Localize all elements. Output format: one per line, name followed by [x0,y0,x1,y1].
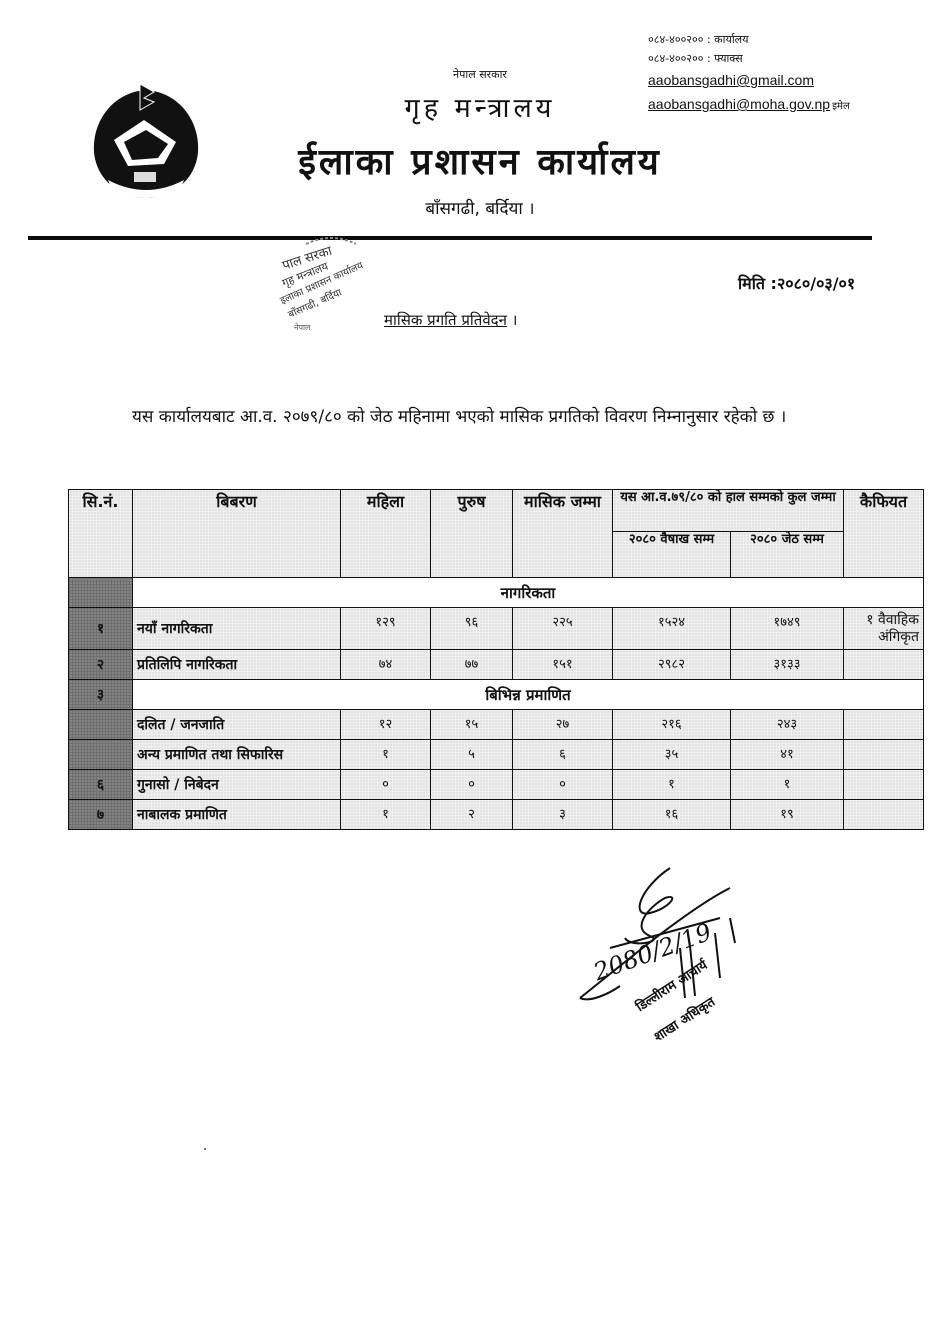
table-row: १नयाँ नागरिकता१२९९६२२५१५२४१७४९१ वैवाहिक … [69,608,924,650]
header-till-jestha: २०८० जेठ सम्म [731,532,844,578]
cell-till-baishakh: २९८२ [613,650,731,680]
cell-till-jestha: ४१ [731,740,844,770]
cell-till-baishakh: ३५ [613,740,731,770]
table-row: अन्य प्रमाणित तथा सिफारिस१५६३५४१ [69,740,924,770]
section-row: ३बिभिन्न प्रमाणित [69,680,924,710]
cell-till-baishakh: १६ [613,800,731,830]
cell-female: ७४ [341,650,431,680]
email-line-2: aaobansgadhi@moha.gov.npइमेल [648,92,918,116]
cell-remarks: १ वैवाहिक अंगिकृत [844,608,924,650]
row-serial [69,740,133,770]
letter-subject: मासिक प्रगति प्रतिवेदन । [384,310,517,330]
table-body: नागरिकता१नयाँ नागरिकता१२९९६२२५१५२४१७४९१ … [69,578,924,830]
section-serial [69,578,133,608]
row-description: दलित / जनजाति [133,710,341,740]
table-row: ७नाबालक प्रमाणित१२३१६१९ [69,800,924,830]
email-line-1: aaobansgadhi@gmail.com [648,68,918,92]
cell-monthly-total: ६ [513,740,613,770]
header-female: महिला [341,490,431,578]
subject-suffix: । [507,311,517,329]
section-row: नागरिकता [69,578,924,608]
section-serial: ३ [69,680,133,710]
header-till-baishakh: २०८० वैषाख सम्म [613,532,731,578]
contact-block: ०८४-४००२०० : कार्यालय ०८४-४००२०० : फ्याक… [648,30,918,116]
table-row: ६गुनासो / निबेदन०००११ [69,770,924,800]
cell-monthly-total: १५१ [513,650,613,680]
cell-monthly-total: ० [513,770,613,800]
row-serial: २ [69,650,133,680]
row-description: प्रतिलिपि नागरिकता [133,650,341,680]
office-phone-line: ०८४-४००२०० : कार्यालय [648,30,918,49]
cell-till-jestha: ३१३३ [731,650,844,680]
subject-text: मासिक प्रगति प्रतिवेदन [384,311,507,329]
cell-till-jestha: १९ [731,800,844,830]
cell-male: १५ [431,710,513,740]
header-description: बिबरण [133,490,341,578]
cell-male: ९६ [431,608,513,650]
email-link-moha[interactable]: aaobansgadhi@moha.gov.np [648,96,830,112]
cell-remarks [844,740,924,770]
cell-male: ७७ [431,650,513,680]
cell-male: ५ [431,740,513,770]
cell-remarks [844,710,924,740]
cell-till-baishakh: १ [613,770,731,800]
email-label: इमेल [832,101,850,112]
header-remarks: कैफियत [844,490,924,578]
fax-number: ०८४-४००२०० [648,52,703,65]
cell-female: ० [341,770,431,800]
row-description: नाबालक प्रमाणित [133,800,341,830]
cell-monthly-total: २२५ [513,608,613,650]
cell-remarks [844,800,924,830]
table-row: २प्रतिलिपि नागरिकता७४७७१५१२९८२३१३३ [69,650,924,680]
section-title: बिभिन्न प्रमाणित [133,680,924,710]
cell-till-baishakh: १५२४ [613,608,731,650]
cell-female: १२९ [341,608,431,650]
cell-male: २ [431,800,513,830]
body-paragraph: यस कार्यालयबाट आ.व. २०७९/८० को जेठ महिना… [74,400,886,435]
office-phone-label: : कार्यालय [707,33,749,46]
email-link-gmail[interactable]: aaobansgadhi@gmail.com [648,72,814,88]
header-monthly-total: मासिक जम्मा [513,490,613,578]
cell-till-jestha: २४३ [731,710,844,740]
letter-date: मिति :२०८०/०३/०१ [738,272,855,294]
cell-monthly-total: २७ [513,710,613,740]
cell-monthly-total: ३ [513,800,613,830]
svg-text:नेपाल: नेपाल [294,322,311,332]
header-divider [28,236,872,240]
government-label: नेपाल सरकार [380,67,580,82]
cell-female: १ [341,740,431,770]
cell-female: १ [341,800,431,830]
cell-till-jestha: १ [731,770,844,800]
row-serial [69,710,133,740]
row-description: गुनासो / निबेदन [133,770,341,800]
fax-line: ०८४-४००२०० : फ्याक्स [648,49,918,68]
office-phone: ०८४-४००२०० [648,33,703,46]
cell-male: ० [431,770,513,800]
row-serial: ७ [69,800,133,830]
header-male: पुरुष [431,490,513,578]
table-row: दलित / जनजाति१२१५२७२१६२४३ [69,710,924,740]
office-title: ईलाका प्रशासन कार्यालय [290,136,670,185]
header-cumulative-group: यस आ.व.७९/८० को हाल सम्मको कुल जम्मा [613,490,844,532]
nepal-emblem-icon [84,80,208,202]
row-description: अन्य प्रमाणित तथा सिफारिस [133,740,341,770]
cell-remarks [844,770,924,800]
office-stamp-icon: पाल सरका गृह मन्त्रालय इलाका प्रशासन कार… [276,232,386,332]
cell-till-jestha: १७४९ [731,608,844,650]
cell-remarks [844,650,924,680]
row-description: नयाँ नागरिकता [133,608,341,650]
cell-female: १२ [341,710,431,740]
cell-till-baishakh: २१६ [613,710,731,740]
monthly-progress-table: सि.नं. बिबरण महिला पुरुष मासिक जम्मा यस … [68,489,924,830]
ministry-title: गृह मन्त्रालय [300,88,660,125]
row-serial: ६ [69,770,133,800]
scan-speck [204,1148,206,1150]
row-serial: १ [69,608,133,650]
section-title: नागरिकता [133,578,924,608]
office-address: बाँसगढी, बर्दिया । [330,196,630,219]
header-serial: सि.नं. [69,490,133,578]
fax-label: : फ्याक्स [707,52,743,65]
